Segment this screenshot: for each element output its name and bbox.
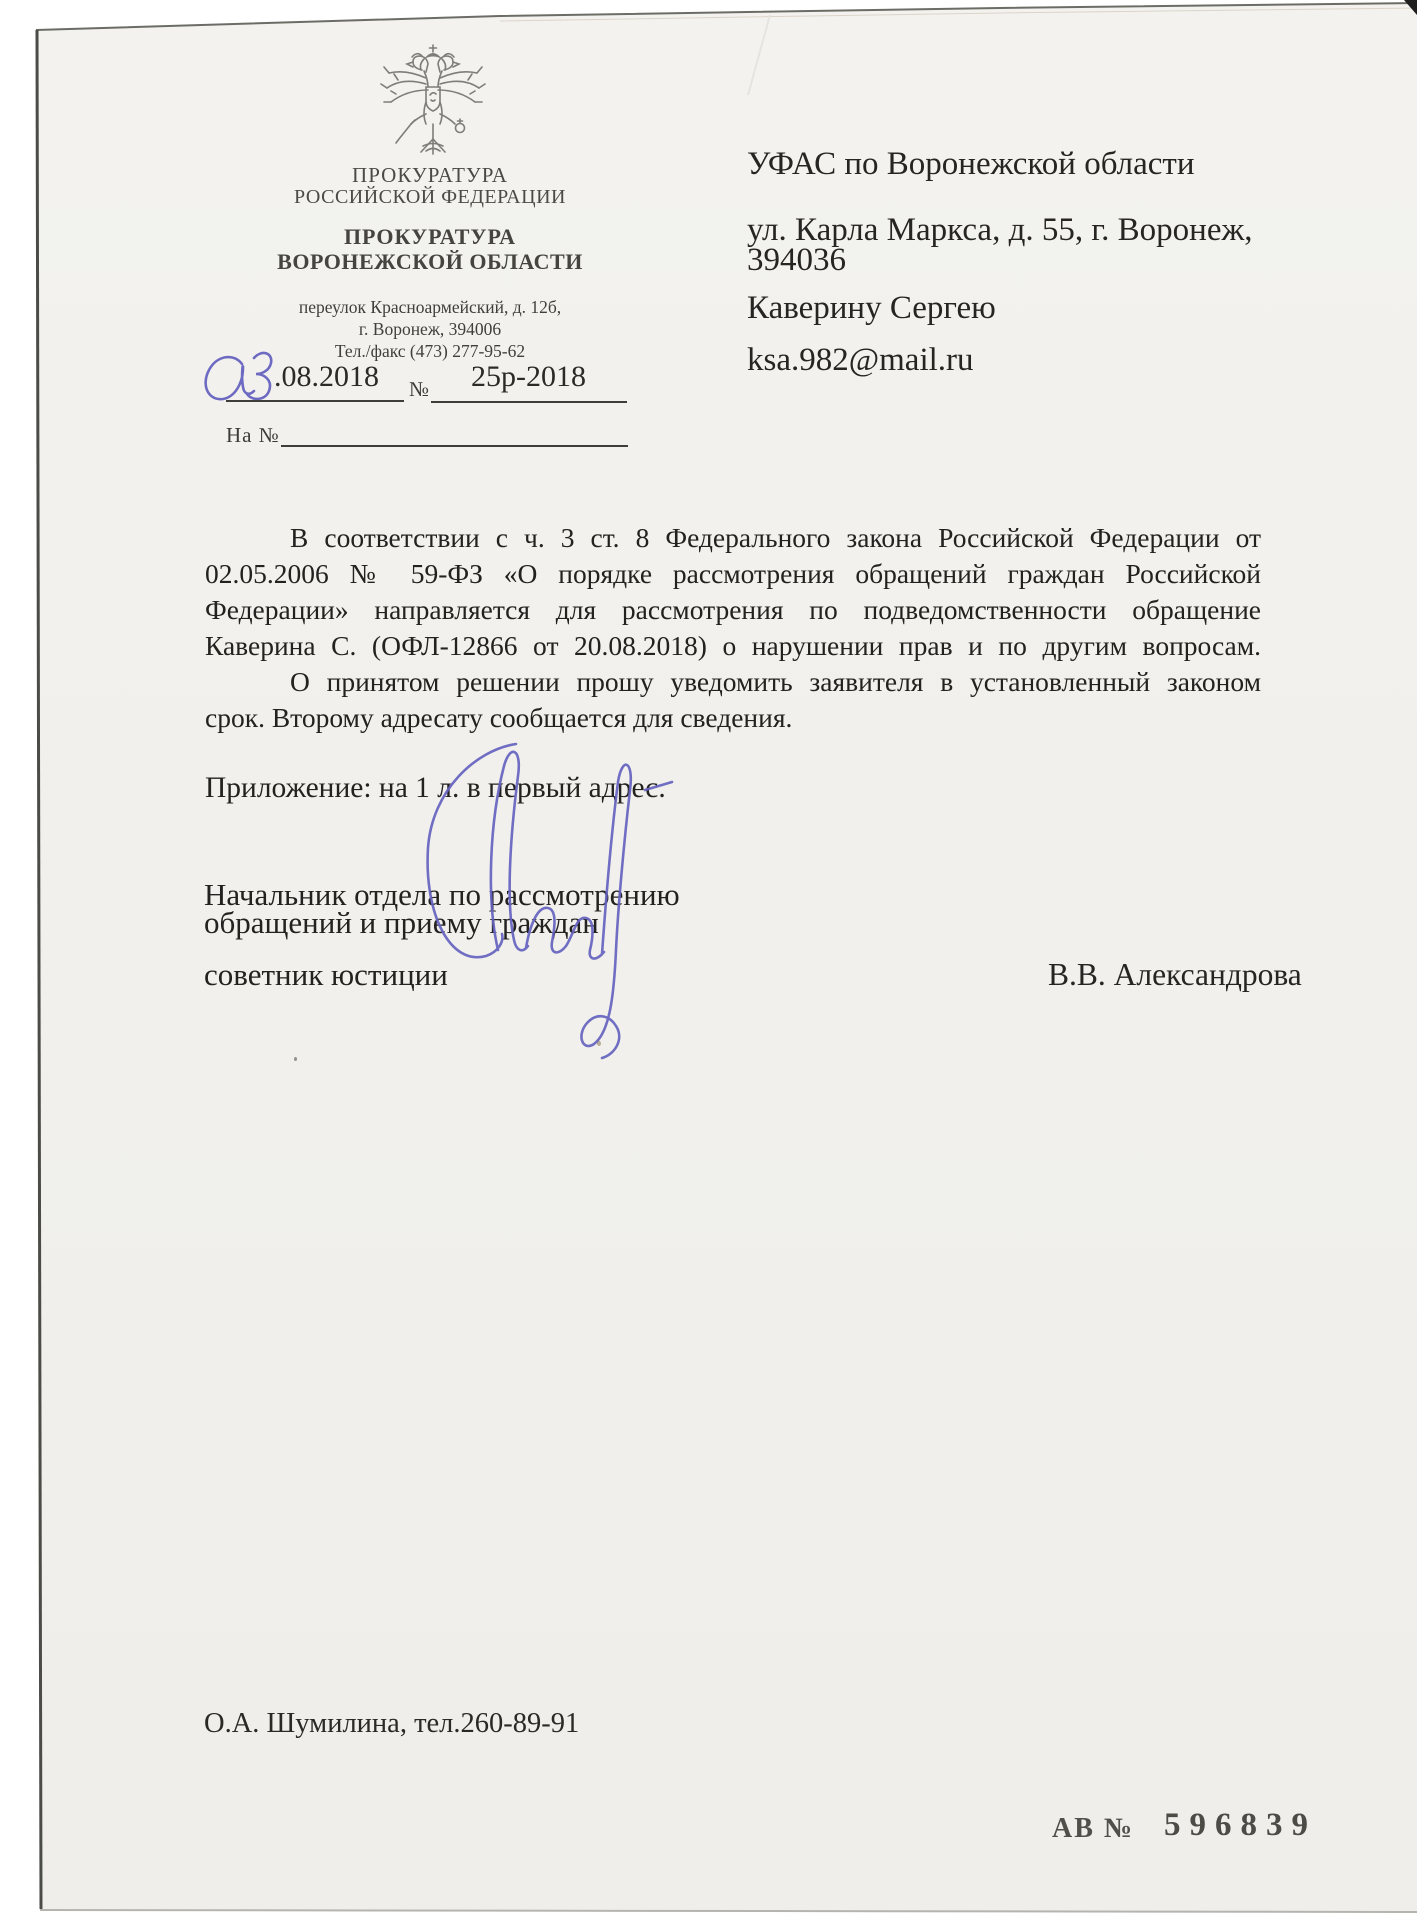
handwritten-signature	[398, 728, 698, 1078]
date-printed: .08.2018	[274, 360, 379, 394]
letterhead-address-line2: г. Воронеж, 394006	[170, 319, 690, 340]
number-sign-label: №	[409, 377, 429, 402]
double-headed-eagle-emblem-icon	[376, 42, 490, 162]
body-line: Федерации» направляется для рассмотрения…	[205, 594, 1261, 631]
number-underline	[431, 401, 627, 403]
reply-to-underline	[281, 445, 628, 447]
scan-speck	[294, 1057, 297, 1061]
form-series-label: АВ №	[1052, 1813, 1134, 1845]
suborg-name-line2: ВОРОНЕЖСКОЙ ОБЛАСТИ	[170, 249, 690, 275]
body-line: срок. Второму адресату сообщается для св…	[205, 702, 1261, 739]
form-number: 596839	[1164, 1807, 1317, 1844]
executor-info: О.А. Шумилина, тел.260-89-91	[204, 1708, 579, 1740]
body-line: Каверина С. (ОФЛ-12866 от 20.08.2018) о …	[205, 630, 1261, 667]
recipient-org: УФАС по Воронежской области	[747, 146, 1195, 183]
reply-to-label: На №	[226, 423, 280, 448]
recipient-person: Каверину Сергею	[747, 290, 996, 327]
org-name-line2: РОССИЙСКОЙ ФЕДЕРАЦИИ	[170, 186, 690, 209]
signer-name: В.В. Александрова	[1048, 957, 1302, 993]
suborg-name-line1: ПРОКУРАТУРА	[170, 224, 690, 250]
handwritten-date-day	[196, 346, 280, 416]
body-line: О принятом решении прошу уведомить заяви…	[205, 666, 1261, 703]
scan-speck	[597, 1041, 601, 1046]
body-line: В соответствии с ч. 3 ст. 8 Федерального…	[205, 522, 1261, 559]
recipient-email: ksa.982@mail.ru	[747, 342, 974, 379]
scanned-letter: ПРОКУРАТУРА РОССИЙСКОЙ ФЕДЕРАЦИИ ПРОКУРА…	[0, 0, 1417, 1920]
body-line: 02.05.2006 № 59-ФЗ «О порядке рассмотрен…	[205, 558, 1261, 595]
date-underline	[226, 400, 404, 402]
org-name-line1: ПРОКУРАТУРА	[170, 163, 690, 188]
outgoing-number: 25р-2018	[431, 360, 626, 394]
recipient-address-line2: 394036	[747, 242, 846, 279]
letterhead-address-line1: переулок Красноармейский, д. 12б,	[170, 297, 690, 318]
